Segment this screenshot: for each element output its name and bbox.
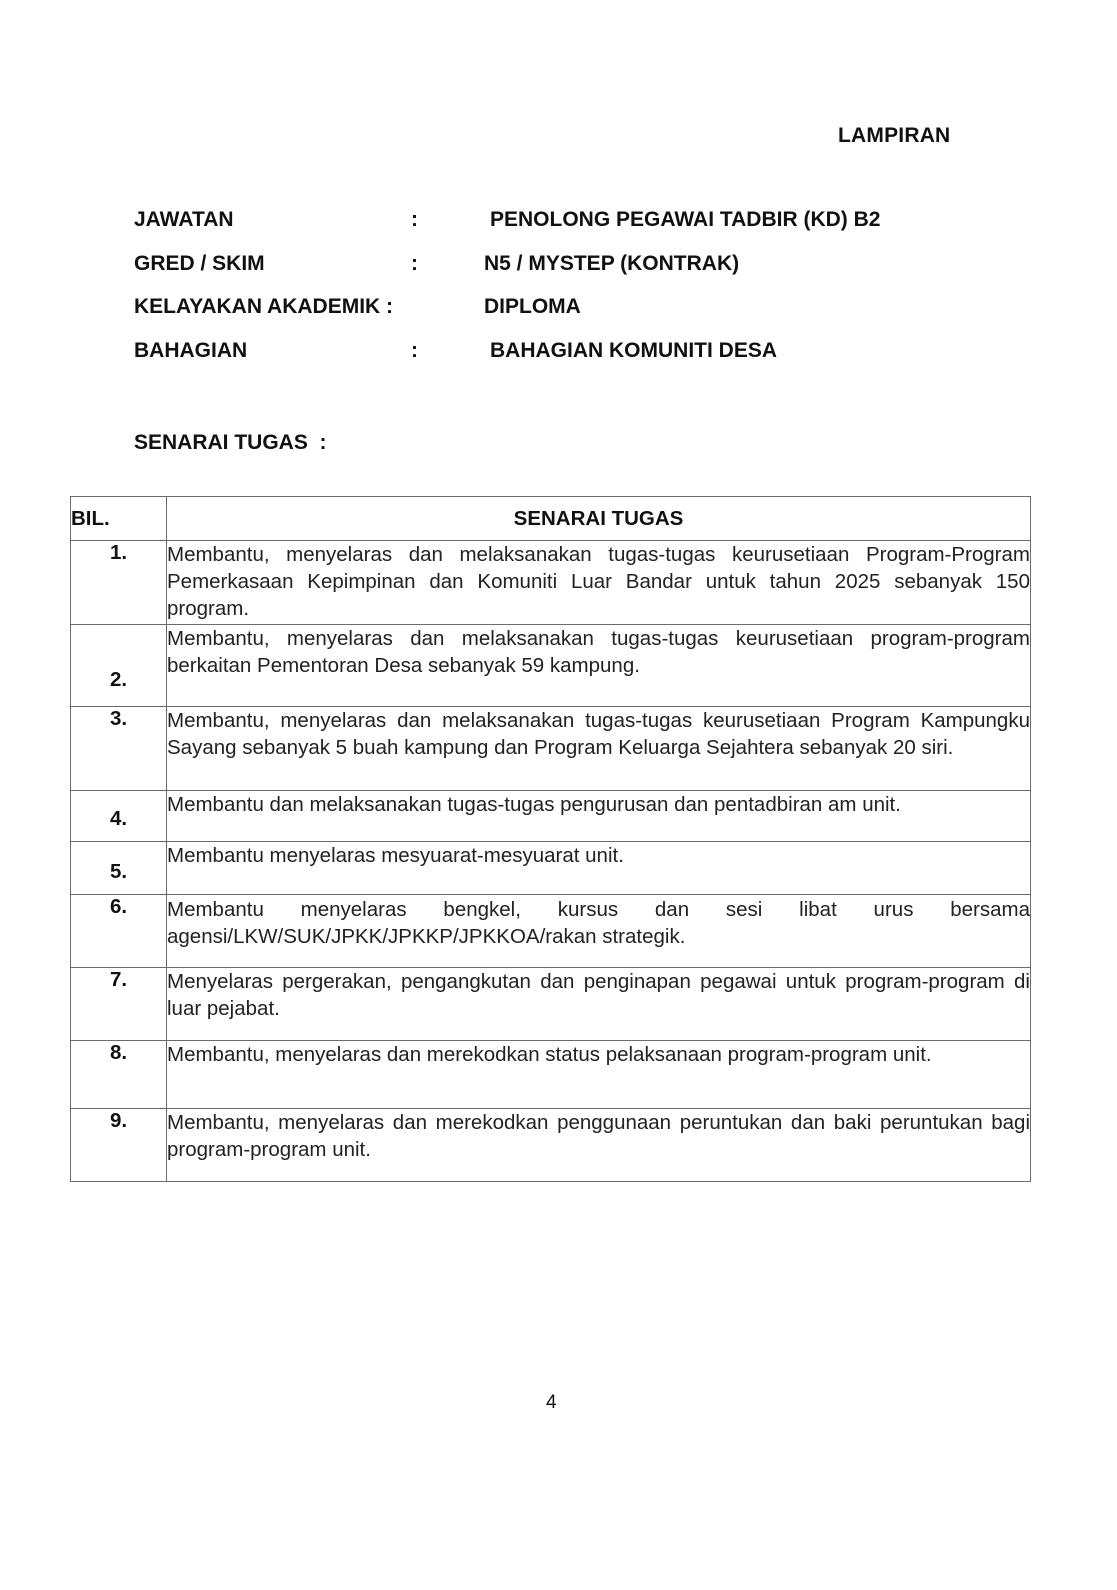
row-number: 1. — [71, 541, 167, 625]
task-text: Membantu, menyelaras dan melaksanakan tu… — [167, 625, 1031, 707]
table-row: 1. Membantu, menyelaras dan melaksanakan… — [71, 541, 1031, 625]
row-number: 8. — [71, 1041, 167, 1109]
meta-value: N5 / MYSTEP (KONTRAK) — [484, 252, 739, 276]
row-number: 5. — [71, 842, 167, 895]
table-row: 5. Membantu menyelaras mesyuarat-mesyuar… — [71, 842, 1031, 895]
task-text: Membantu, menyelaras dan merekodkan peng… — [167, 1109, 1031, 1182]
table-row: 9. Membantu, menyelaras dan merekodkan p… — [71, 1109, 1031, 1182]
row-number: 9. — [71, 1109, 167, 1182]
meta-colon: : — [411, 339, 418, 363]
table-row: 7. Menyelaras pergerakan, pengangkutan d… — [71, 968, 1031, 1041]
table-row: 3. Membantu, menyelaras dan melaksanakan… — [71, 707, 1031, 791]
task-text: Membantu, menyelaras dan melaksanakan tu… — [167, 707, 1031, 791]
meta-value: BAHAGIAN KOMUNITI DESA — [490, 339, 777, 363]
row-number: 7. — [71, 968, 167, 1041]
meta-value: PENOLONG PEGAWAI TADBIR (KD) B2 — [490, 208, 880, 232]
task-text: Membantu, menyelaras dan merekodkan stat… — [167, 1041, 1031, 1109]
table-header-row: BIL. SENARAI TUGAS — [71, 497, 1031, 541]
section-title: SENARAI TUGAS : — [134, 431, 327, 455]
table-row: 6. Membantu menyelaras bengkel, kursus d… — [71, 895, 1031, 968]
table-row: 8. Membantu, menyelaras dan merekodkan s… — [71, 1041, 1031, 1109]
column-header-task: SENARAI TUGAS — [167, 497, 1031, 541]
row-number: 3. — [71, 707, 167, 791]
row-number: 6. — [71, 895, 167, 968]
meta-label: KELAYAKAN AKADEMIK : — [134, 295, 393, 319]
lampiran-label: LAMPIRAN — [838, 124, 950, 148]
meta-colon: : — [411, 252, 418, 276]
meta-colon: : — [411, 208, 418, 232]
page-number: 4 — [546, 1392, 557, 1414]
table-row: 4. Membantu dan melaksanakan tugas-tugas… — [71, 791, 1031, 842]
task-text: Membantu menyelaras bengkel, kursus dan … — [167, 895, 1031, 968]
row-number: 4. — [71, 791, 167, 842]
task-text: Membantu menyelaras mesyuarat-mesyuarat … — [167, 842, 1031, 895]
table-row: 2. Membantu, menyelaras dan melaksanakan… — [71, 625, 1031, 707]
meta-label: GRED / SKIM — [134, 252, 265, 276]
task-table: BIL. SENARAI TUGAS 1. Membantu, menyelar… — [70, 496, 1031, 1182]
meta-label: BAHAGIAN — [134, 339, 247, 363]
task-text: Membantu, menyelaras dan melaksanakan tu… — [167, 541, 1031, 625]
meta-label: JAWATAN — [134, 208, 234, 232]
row-number: 2. — [71, 625, 167, 707]
task-text: Menyelaras pergerakan, pengangkutan dan … — [167, 968, 1031, 1041]
task-text: Membantu dan melaksanakan tugas-tugas pe… — [167, 791, 1031, 842]
meta-value: DIPLOMA — [484, 295, 581, 319]
column-header-bil: BIL. — [71, 497, 167, 541]
